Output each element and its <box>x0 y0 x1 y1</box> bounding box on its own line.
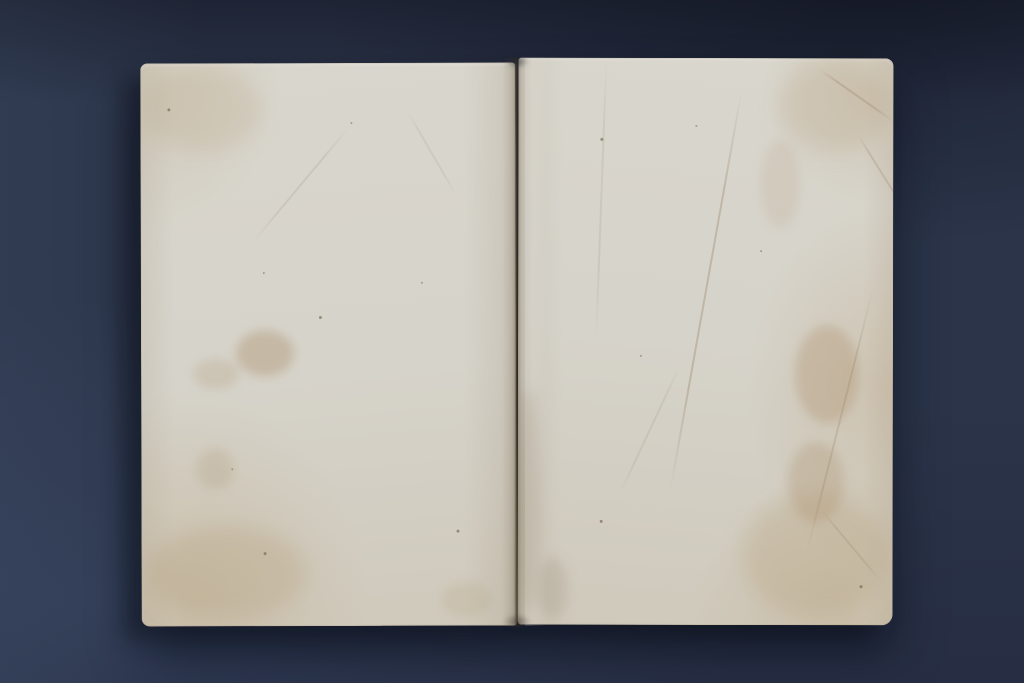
foxing-speck <box>350 122 352 124</box>
open-book <box>141 58 893 626</box>
crease-line <box>406 109 458 196</box>
book-gutter-crease <box>515 60 517 624</box>
foxing-speck <box>421 282 423 284</box>
gutter-notch-top <box>505 55 529 68</box>
foxing-speck <box>167 108 170 111</box>
stain-wash <box>147 525 307 620</box>
foxing-speck <box>695 125 697 127</box>
foxing-speck <box>600 138 603 141</box>
foxing-speck <box>860 585 863 588</box>
foxing-speck <box>264 552 267 555</box>
foxing-speck <box>319 316 322 319</box>
foxing-speck <box>456 530 459 533</box>
stain-blob <box>196 448 234 490</box>
foxing-speck <box>231 468 233 470</box>
foxing-speck <box>263 272 265 274</box>
stain-blob <box>236 330 294 376</box>
crease-line <box>857 134 894 207</box>
gutter-notch-bottom <box>503 614 531 630</box>
stain-blob <box>760 140 800 228</box>
foxing-speck <box>760 250 762 252</box>
stain-blob <box>193 359 239 389</box>
crease-line <box>252 127 350 243</box>
stain-wash <box>142 67 262 152</box>
crease-line <box>669 88 743 492</box>
photo-open-blank-book <box>0 0 1024 683</box>
foxing-speck <box>600 520 603 523</box>
book-gutter-highlight <box>525 58 551 626</box>
right-page <box>518 58 894 626</box>
left-page <box>140 63 516 627</box>
crease-line <box>595 60 607 340</box>
foxing-speck <box>640 355 642 357</box>
stain-blob <box>442 583 492 617</box>
